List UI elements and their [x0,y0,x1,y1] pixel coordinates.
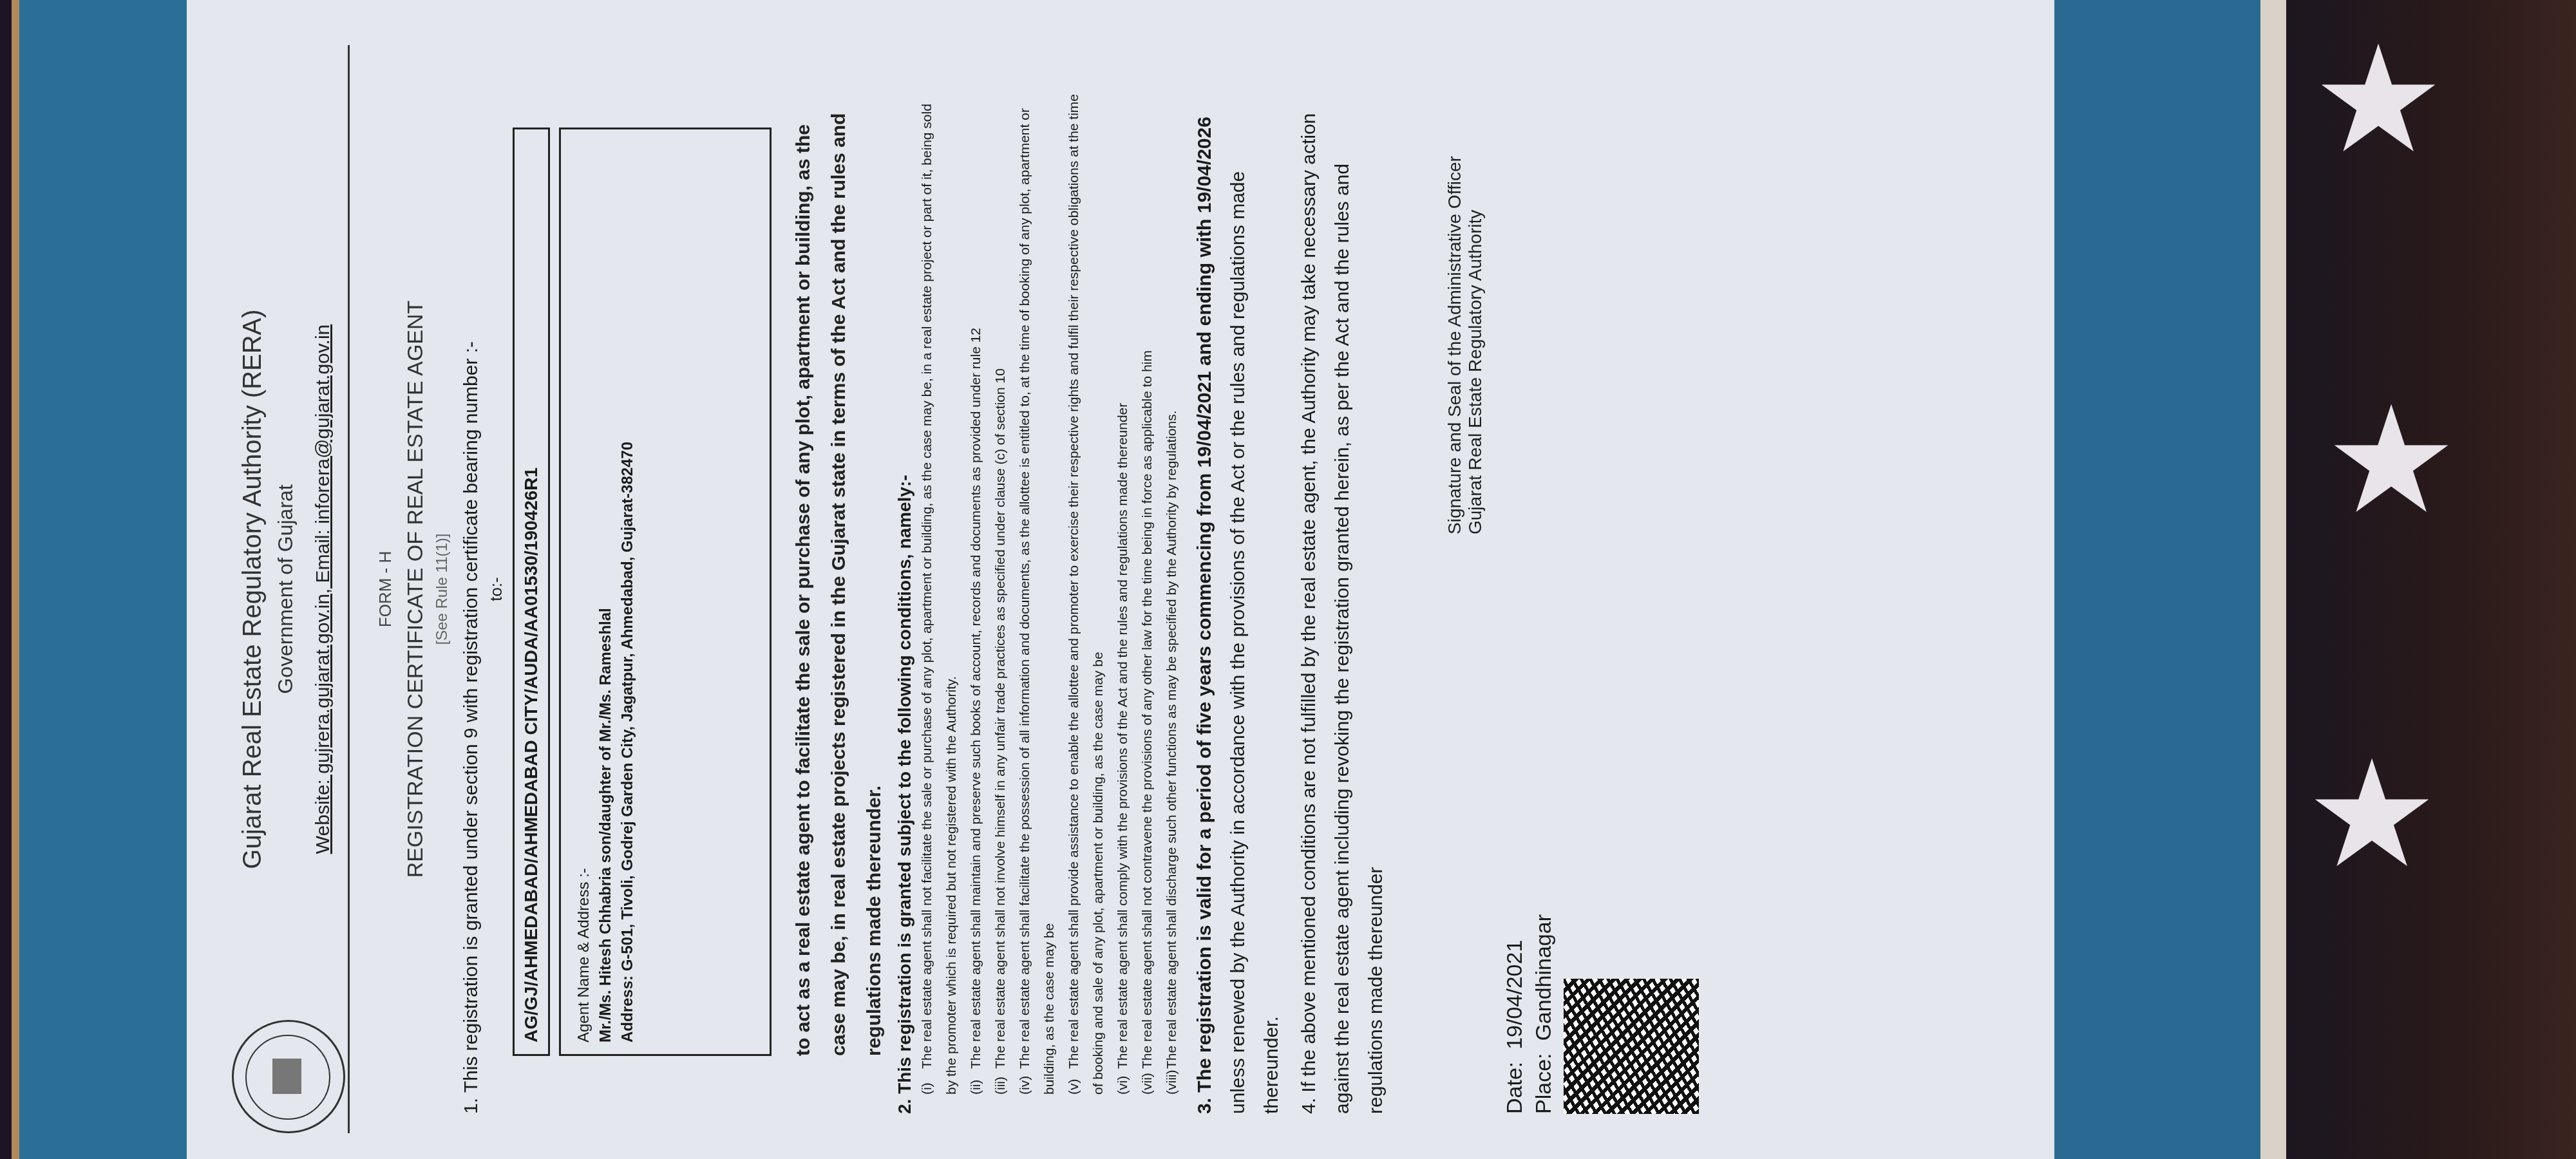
condition-number: (iii) [989,1069,1013,1095]
agent-address: Address: G-501, Tivoli, Godrej Garden Ci… [619,141,637,1042]
conditions-list: (i)The real estate agent shall not facil… [915,45,1184,1133]
lace-trim [2260,0,2286,1159]
form-id: FORM - H [375,45,395,1133]
authority-title: Gujarat Real Estate Regulatory Authority… [238,45,267,1133]
agent-label: Agent Name & Address :- [575,141,593,1042]
registration-number: AG/GJ/AHMEDABAD/AHMEDABAD CITY/AUDA/AA01… [513,127,550,1056]
condition-number: (ii) [964,1069,989,1095]
certificate-content: Gujarat Real Estate Regulatory Authority… [187,45,1728,1133]
condition-number: (vi) [1111,1069,1135,1095]
agent-box: Agent Name & Address :- Mr./Ms. Hitesh C… [559,127,772,1056]
condition-number: (viii) [1160,1069,1184,1095]
form-rule: [See Rule 11(1)] [433,45,451,1133]
condition-item: (vi)The real estate agent shall comply w… [1111,90,1135,1095]
star-fabric: ★ ★ ★ [2286,0,2576,1159]
condition-number: (i) [915,1069,940,1095]
condition-text: The real estate agent shall provide assi… [1066,94,1106,1095]
signature-block: Signature and Seal of the Administrative… [1444,156,1486,534]
signature-line-1: Signature and Seal of the Administrative… [1444,156,1465,534]
agent-name: Mr./Ms. Hitesh Chhabria son/daughter of … [597,141,615,1042]
condition-item: (v)The real estate agent shall provide a… [1062,90,1111,1095]
certificate-header: Gujarat Real Estate Regulatory Authority… [187,45,350,1133]
government-subtitle: Government of Gujarat [274,45,298,1133]
condition-number: (vii) [1135,1069,1160,1095]
validity-period: 3. The registration is valid for a perio… [1194,117,1215,1114]
star-icon: ★ [2306,740,2438,889]
issue-place: Place: Gandhinagar [1531,914,1557,1114]
condition-text: The real estate agent shall discharge su… [1164,410,1179,1069]
contact-link[interactable]: Website: gujrera.gujarat.gov.in, Email: … [312,325,334,854]
section-3: 3. The registration is valid for a perio… [1188,71,1289,1114]
purpose-text: to act as a real estate agent to facilit… [786,103,892,1056]
signature-line-2: Gujarat Real Estate Regulatory Authority [1465,156,1486,534]
condition-item: (iv)The real estate agent shall facilita… [1013,90,1062,1095]
condition-item: (i)The real estate agent shall not facil… [915,90,964,1095]
to-label: to:- [486,45,506,1133]
validity-rest: unless renewed by the Authority in accor… [1227,171,1282,1114]
form-title: REGISTRATION CERTIFICATE OF REAL ESTATE … [403,45,428,1133]
issue-date: Date: 19/04/2021 [1502,940,1528,1114]
condition-text: The real estate agent shall not contrave… [1140,350,1155,1069]
certificate-paper: Gujarat Real Estate Regulatory Authority… [187,0,2054,1159]
certificate-footer: Date: 19/04/2021 Place: Gandhinagar Sign… [1393,45,1728,1133]
section-4: 4. If the above mentioned conditions are… [1293,71,1393,1114]
folder-cover-left [19,0,193,1159]
contact-line: Website: gujrera.gujarat.gov.in, Email: … [312,45,334,1133]
condition-text: The real estate agent shall not involve … [993,368,1008,1069]
star-icon: ★ [2312,26,2445,174]
condition-text: The real estate agent shall maintain and… [969,328,983,1069]
star-icon: ★ [2325,386,2458,534]
background-edge [0,0,12,1159]
condition-item: (viii)The real estate agent shall discha… [1160,90,1184,1095]
condition-number: (iv) [1013,1069,1037,1095]
condition-text: The real estate agent shall comply with … [1115,403,1130,1069]
folder-cover-right [2041,0,2260,1159]
condition-item: (ii)The real estate agent shall maintain… [964,90,989,1095]
condition-number: (v) [1062,1069,1086,1095]
condition-text: The real estate agent shall facilitate t… [1018,108,1057,1095]
condition-text: The real estate agent shall not facilita… [920,104,959,1095]
section-1-text: 1. This registration is granted under se… [460,45,482,1114]
condition-item: (vii)The real estate agent shall not con… [1135,90,1160,1095]
section-2-title: 2. This registration is granted subject … [895,45,915,1114]
condition-item: (iii)The real estate agent shall not inv… [989,90,1013,1095]
qr-code-icon[interactable] [1564,979,1699,1114]
